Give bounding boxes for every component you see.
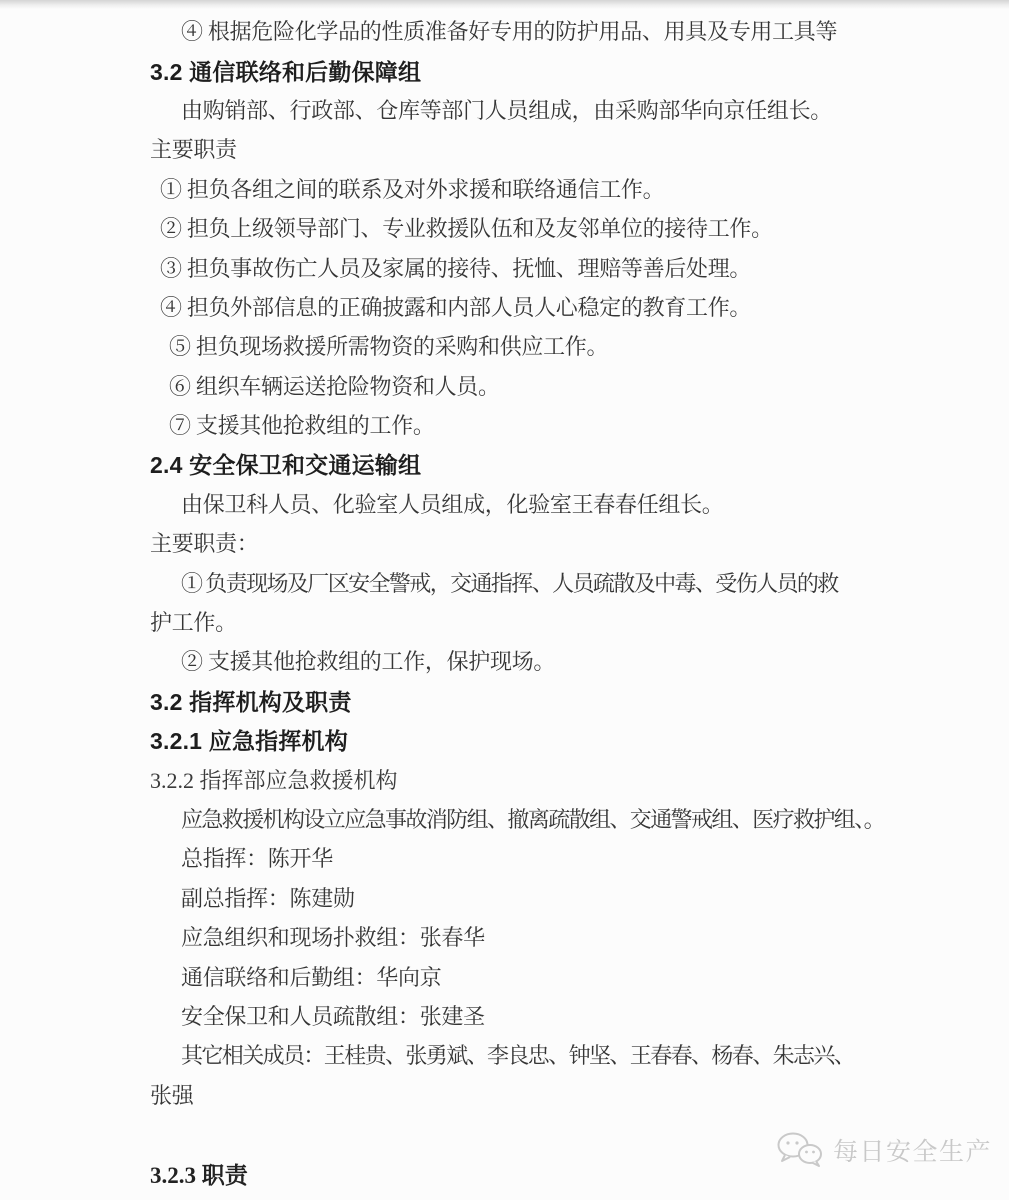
scan-top-edge-artifact bbox=[0, 0, 1009, 9]
text-line: ① 担负各组之间的联系及对外求援和联络通信工作。 bbox=[150, 169, 870, 208]
text-line: ③ 担负事故伤亡人员及家属的接待、抚恤、理赔等善后处理。 bbox=[150, 247, 870, 286]
text-line: 总指挥：陈开华 bbox=[150, 838, 870, 877]
blank-line bbox=[150, 1114, 870, 1153]
document-page: ④ 根据危险化学品的性质准备好专用的防护用品、用具及专用工具等3.2 通信联络和… bbox=[0, 0, 1009, 1200]
text-line: 副总指挥：陈建勋 bbox=[150, 878, 870, 917]
text-line: 由保卫科人员、化验室人员组成，化验室王春春任组长。 bbox=[150, 484, 870, 523]
text-line: 由购销部、行政部、仓库等部门人员组成，由采购部华向京任组长。 bbox=[150, 90, 870, 129]
section-heading: 3.2.1 应急指挥机构 bbox=[150, 720, 870, 759]
text-line: 主要职责： bbox=[150, 523, 870, 562]
text-line: 应急组织和现场扑救组：张春华 bbox=[150, 917, 870, 956]
section-heading: 2.4 安全保卫和交通运输组 bbox=[150, 444, 870, 483]
text-line: ⑤ 担负现场救援所需物资的采购和供应工作。 bbox=[150, 326, 870, 365]
text-line: ② 支援其他抢救组的工作，保护现场。 bbox=[150, 641, 870, 680]
text-line: 张强 bbox=[150, 1075, 870, 1114]
section-heading: 3.2.3 职责 bbox=[150, 1153, 870, 1192]
section-heading: 3.2.2 指挥部应急救援机构 bbox=[150, 759, 870, 798]
section-heading: 3.2 通信联络和后勤保障组 bbox=[150, 50, 870, 89]
text-line: 主要职责 bbox=[150, 129, 870, 168]
section-heading: 3.2 指挥机构及职责 bbox=[150, 681, 870, 720]
text-line: 其它相关成员：王桂贵、张勇斌、李良忠、钟坚、王春春、杨春、朱志兴、 bbox=[150, 1035, 870, 1074]
text-line: 安全保卫和人员疏散组：张建圣 bbox=[150, 996, 870, 1035]
text-line: ④ 担负外部信息的正确披露和内部人员人心稳定的教育工作。 bbox=[150, 287, 870, 326]
text-line: ④ 根据危险化学品的性质准备好专用的防护用品、用具及专用工具等 bbox=[150, 11, 870, 50]
document-body: ④ 根据危险化学品的性质准备好专用的防护用品、用具及专用工具等3.2 通信联络和… bbox=[150, 11, 870, 1193]
text-line: ⑦ 支援其他抢救组的工作。 bbox=[150, 405, 870, 444]
text-line: ② 担负上级领导部门、专业救援队伍和及友邻单位的接待工作。 bbox=[150, 208, 870, 247]
text-line: 应急救援机构设立应急事故消防组、撤离疏散组、交通警戒组、医疗救护组、。 bbox=[150, 799, 870, 838]
text-line: ① 负责现场及厂区安全警戒，交通指挥、人员疏散及中毒、受伤人员的救 bbox=[150, 562, 870, 601]
text-line: 护工作。 bbox=[150, 602, 870, 641]
text-line: 通信联络和后勤组：华向京 bbox=[150, 956, 870, 995]
text-line: ⑥ 组织车辆运送抢险物资和人员。 bbox=[150, 366, 870, 405]
